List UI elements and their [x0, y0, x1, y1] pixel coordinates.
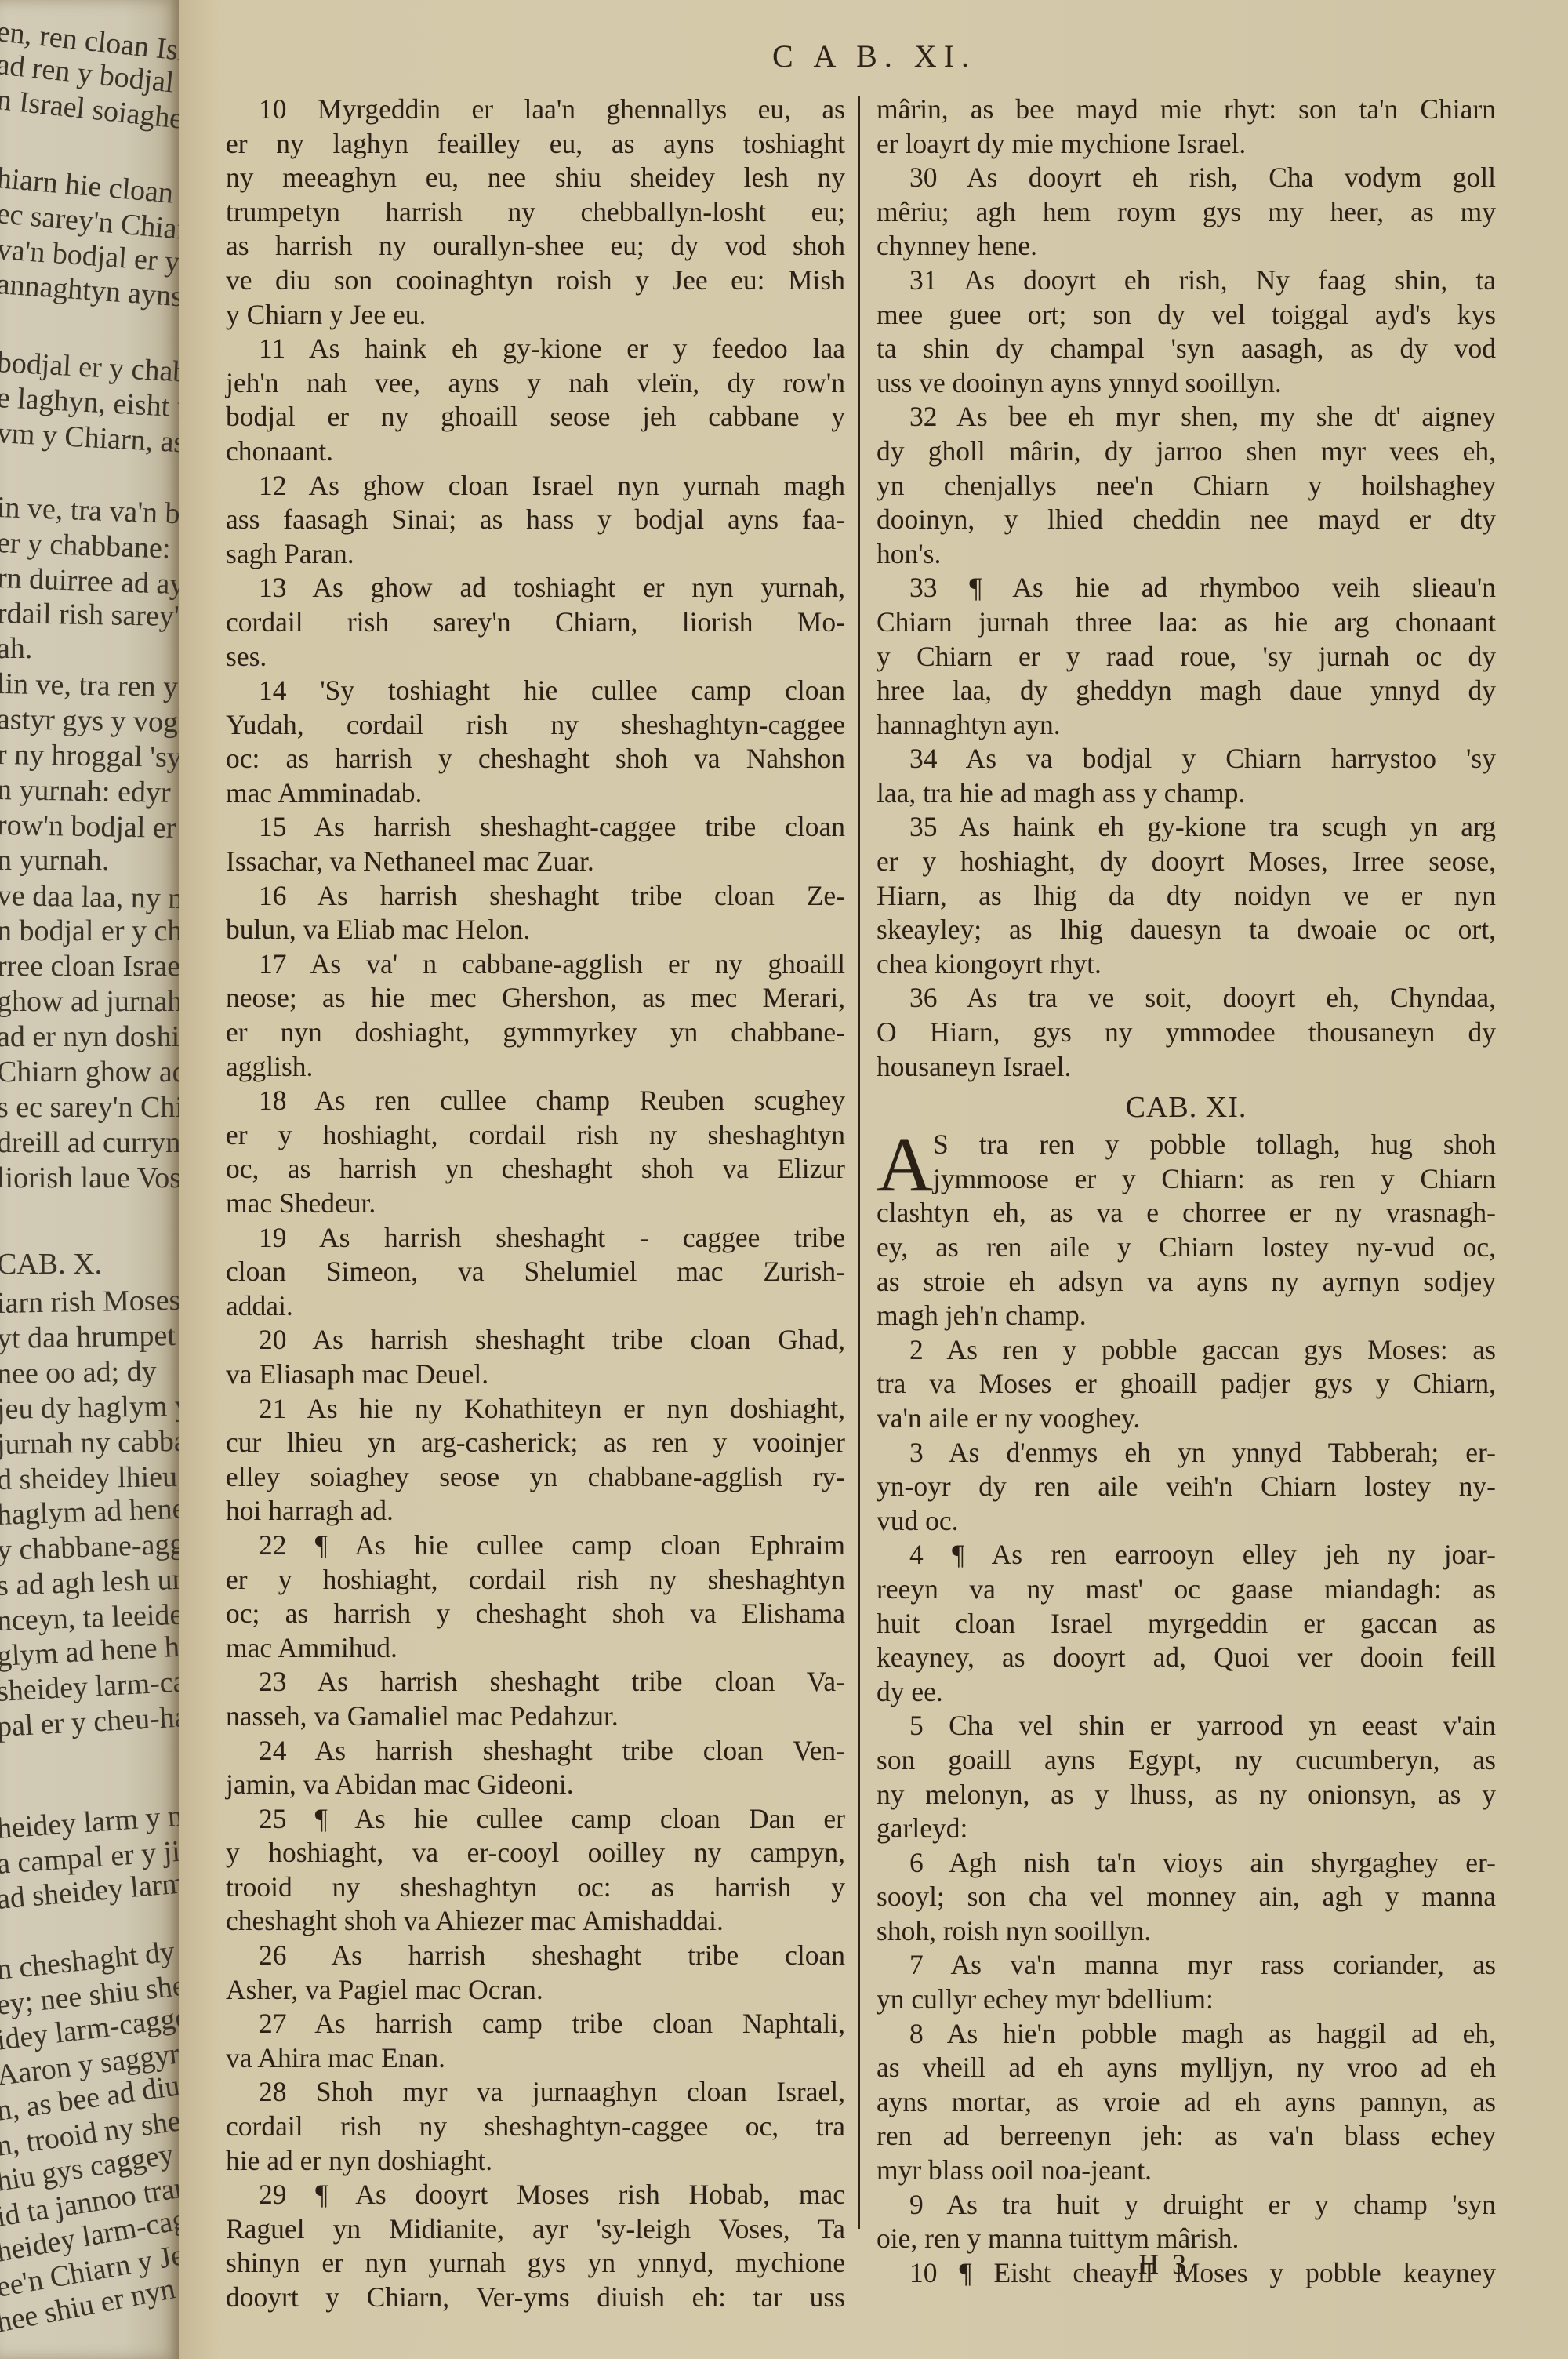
previous-page-text-fragment: lin ve, tra ren y	[0, 667, 178, 704]
text-line: ny meeaghyn eu, nee shiu sheidey lesh ny	[226, 161, 845, 195]
text-line: 31 As dooyrt eh rish, Ny faag shin, ta	[877, 264, 1496, 298]
text-line: Yudah, cordail rish ny sheshaghtyn-cagge…	[226, 708, 845, 743]
text-line: 10 Myrgeddin er laa'n ghennallys eu, as	[226, 93, 845, 127]
previous-page-text-fragment: er y chabbane:	[0, 525, 171, 566]
text-line: 25 ¶ As hie cullee camp cloan Dan er	[226, 1802, 845, 1837]
text-line: trooid ny sheshaghtyn oc: as harrish y	[226, 1870, 845, 1905]
text-line: chonaant.	[226, 434, 845, 469]
previous-page-text-fragment: row'n bodjal er ny	[0, 808, 179, 846]
text-line: mârin, as bee mayd mie rhyt: son ta'n Ch…	[877, 93, 1496, 127]
text-line: jamin, va Abidan mac Gideoni.	[226, 1768, 845, 1802]
text-line: va Ahira mac Enan.	[226, 2041, 845, 2076]
text-line: reeyn va ny mast' oc gaase miandagh: as	[877, 1572, 1496, 1607]
text-line: yn chenjallys nee'n Chiarn y hoilshaghey	[877, 469, 1496, 503]
text-line: 8 As hie'n pobble magh as haggil ad eh,	[877, 2017, 1496, 2052]
text-line: 13 As ghow ad toshiaght er nyn yurnah,	[226, 571, 845, 605]
text-line: 22 ¶ As hie cullee camp cloan Ephraim	[226, 1528, 845, 1563]
text-line: er y hoshiaght, dy dooyrt Moses, Irree s…	[877, 845, 1496, 879]
text-line: 16 As harrish sheshaght tribe cloan Ze-	[226, 879, 845, 914]
signature-mark: H 3	[1138, 2248, 1189, 2281]
previous-page-text-fragment: rdail rish sarey'n C	[0, 596, 179, 634]
previous-page-text-fragment: d sheidey lhieu, nee	[0, 1459, 179, 1497]
text-line: oc; as harrish y cheshaght shoh va Elish…	[226, 1597, 845, 1631]
text-line: chynney hene.	[877, 229, 1496, 264]
text-line: mac Amminadab.	[226, 776, 845, 811]
text-line: garleyd:	[877, 1812, 1496, 1846]
text-line: vud oc.	[877, 1504, 1496, 1539]
text-line: housaneyn Israel.	[877, 1050, 1496, 1085]
previous-page-text-fragment: ad er nyn doshiagh	[0, 1020, 179, 1054]
text-line: hannaghtyn ayn.	[877, 708, 1496, 743]
text-line: cloan Simeon, va Shelumiel mac Zurish-	[226, 1255, 845, 1289]
text-line: er y hoshiaght, cordail rish ny sheshagh…	[226, 1563, 845, 1598]
text-line: 33 ¶ As hie ad rhymboo veih slieau'n	[877, 571, 1496, 605]
text-line: mee guee ort; son dy vel toiggal ayd's k…	[877, 298, 1496, 333]
previous-page-text-fragment: dreill ad currym y C	[0, 1125, 179, 1160]
text-line: Asher, va Pagiel mac Ocran.	[226, 1973, 845, 2008]
text-line: 5 Cha vel shin er yarrood yn eeast v'ain	[877, 1709, 1496, 1743]
text-line: 19 As harrish sheshaght - caggee tribe	[226, 1221, 845, 1256]
text-line: neose; as hie mec Ghershon, as mec Merar…	[226, 981, 845, 1016]
chapter-opening: AS tra ren y pobble tollagh, hug shohjym…	[877, 1128, 1496, 1196]
text-line: y Chiarn y Jee eu.	[226, 298, 845, 333]
text-line: as vheill ad eh ayns mylljyn, ny vroo ad…	[877, 2051, 1496, 2085]
text-line: 6 Agh nish ta'n vioys ain shyrgaghey er-	[877, 1846, 1496, 1881]
text-line: as harrish ny ourallyn-shee eu; dy vod s…	[226, 229, 845, 264]
running-head: C A B. XI.	[772, 38, 976, 75]
text-line: clashtyn eh, as va e chorree er ny vrasn…	[877, 1196, 1496, 1230]
previous-page-text-fragment: rree cloan Israel ay	[0, 949, 179, 983]
text-line: addai.	[226, 1289, 845, 1324]
text-line: er ny laghyn feailley eu, as ayns toshia…	[226, 127, 845, 162]
text-line: 30 As dooyrt eh rish, Cha vodym goll	[877, 161, 1496, 195]
text-line: shoh, roish nyn sooillyn.	[877, 1914, 1496, 1949]
text-line: hie ad er nyn doshiaght.	[226, 2144, 845, 2179]
text-line: cordail rish sarey'n Chiarn, liorish Mo-	[226, 605, 845, 640]
text-line: O Hiarn, gys ny ymmodee thousaneyn dy	[877, 1016, 1496, 1050]
text-line: ve diu son cooinaghtyn roish y Jee eu: M…	[226, 264, 845, 298]
previous-page-text-fragment: CAB. X.	[0, 1247, 102, 1281]
left-column: 10 Myrgeddin er laa'n ghennallys eu, ase…	[226, 93, 845, 2315]
text-line: 18 As ren cullee champ Reuben scughey	[226, 1084, 845, 1118]
text-line: 32 As bee eh myr shen, my she dt' aigney	[877, 400, 1496, 434]
text-line: y hoshiaght, va er-cooyl ooilley ny camp…	[226, 1836, 845, 1870]
previous-page-text-fragment: jurnah ny cabbaneyn	[0, 1423, 179, 1462]
column-divider	[858, 96, 860, 2229]
text-line: ny melonyn, as y lhuss, as ny onionsyn, …	[877, 1778, 1496, 1812]
right-column: mârin, as bee mayd mie rhyt: son ta'n Ch…	[877, 93, 1496, 2290]
text-line: trumpetyn harrish ny chebballyn-losht eu…	[226, 195, 845, 230]
previous-page-text-fragment: astyr gys y voghe	[0, 702, 179, 740]
text-line: Raguel yn Midianite, ayr 'sy-leigh Voses…	[226, 2212, 845, 2247]
text-line: 4 ¶ As ren earrooyn elley jeh ny joar-	[877, 1538, 1496, 1572]
previous-page-text-fragment: Chiarn ghow ad fa	[0, 1055, 179, 1089]
text-line: Hiarn, as lhig da dty noidyn ve er nyn	[877, 879, 1496, 914]
text-line: as stroie eh adsyn va ayns ny ayrnyn sod…	[877, 1265, 1496, 1299]
previous-page-text-fragment: r ny hroggal 'sy v	[0, 737, 179, 776]
text-line: 15 As harrish sheshaght-caggee tribe clo…	[226, 810, 845, 845]
previous-page-text-fragment: iarn rish Moses, gra	[0, 1282, 179, 1321]
text-line: y Chiarn er y raad roue, 'sy jurnah oc d…	[877, 640, 1496, 674]
text-line: sagh Paran.	[226, 537, 845, 572]
text-line: ey, as ren aile y Chiarn lostey ny-vud o…	[877, 1230, 1496, 1265]
text-line: tra va Moses er ghoaill padjer gys y Chi…	[877, 1367, 1496, 1401]
previous-page-text-fragment: ve daa laa, ny me	[0, 878, 179, 917]
text-line: ren ad berreenyn jeh: as va'n blass eche…	[877, 2119, 1496, 2154]
text-line: yn-oyr dy ren aile veih'n Chiarn lostey …	[877, 1470, 1496, 1504]
text-line: 23 As harrish sheshaght tribe cloan Va-	[226, 1665, 845, 1699]
text-line: jeh'n nah vee, ayns y nah vleïn, dy row'…	[226, 366, 845, 401]
previous-page-text-fragment: liorish laue Voses.	[0, 1161, 179, 1195]
text-line: chea kiongoyrt rhyt.	[877, 947, 1496, 982]
text-line: 24 As harrish sheshaght tribe cloan Ven-	[226, 1734, 845, 1768]
text-line: magh jeh'n champ.	[877, 1299, 1496, 1333]
text-line: dooinyn, y lhied cheddin nee mayd er dty	[877, 503, 1496, 537]
text-line: yn cullyr echey myr bdellium:	[877, 1983, 1496, 2017]
text-line: hree laa, dy gheddyn magh daue ynnyd dy	[877, 674, 1496, 708]
text-line: 20 As harrish sheshaght tribe cloan Ghad…	[226, 1323, 845, 1358]
previous-page-edge: en, ren cloan Israelad ren y bodjal shn …	[0, 0, 179, 2359]
text-line: agglish.	[226, 1050, 845, 1085]
text-line: ayns mortar, as vroie ad eh ayns pannyn,…	[877, 2085, 1496, 2120]
previous-page-text-fragment: jeu dy haglym y p	[0, 1388, 179, 1427]
text-line: Issachar, va Nethaneel mac Zuar.	[226, 845, 845, 879]
chapter-heading: CAB. XI.	[877, 1084, 1496, 1128]
text-line: dooyrt y Chiarn, Ver-yms diuish eh: tar …	[226, 2281, 845, 2315]
text-line: oc: as harrish y cheshaght shoh va Nahsh…	[226, 742, 845, 776]
previous-page-text-fragment: s ec sarey'n Chiarn	[0, 1090, 179, 1125]
text-line: 7 As va'n manna myr rass coriander, as	[877, 1948, 1496, 1983]
text-line: cordail rish ny sheshaghtyn-caggee oc, t…	[226, 2110, 845, 2144]
text-line: oc, as harrish yn cheshaght shoh va Eliz…	[226, 1152, 845, 1187]
previous-page-text-fragment: s ad agh lesh un tro	[0, 1561, 179, 1603]
previous-page-text-fragment: n yurnah: edyr eh	[0, 772, 179, 811]
text-line: 11 As haink eh gy-kione er y feedoo laa	[226, 332, 845, 366]
text-line: er y hoshiaght, cordail rish ny sheshagh…	[226, 1118, 845, 1153]
text-line: mêriu; agh hem roym gys my heer, as my	[877, 195, 1496, 230]
text-line: elley soiaghey seose yn chabbane-agglish…	[226, 1460, 845, 1495]
text-line: dy ee.	[877, 1675, 1496, 1710]
text-line: myr blass ooil noa-jeant.	[877, 2154, 1496, 2188]
text-line: hon's.	[877, 537, 1496, 572]
previous-page-text-fragment: nee oo ad; dy	[0, 1354, 157, 1391]
text-line: 14 'Sy toshiaght hie cullee camp cloan	[226, 674, 845, 708]
text-line: S tra ren y pobble tollagh, hug shoh	[877, 1128, 1496, 1162]
text-line: Chiarn jurnah three laa: as hie arg chon…	[877, 605, 1496, 640]
text-line: er loayrt dy mie mychione Israel.	[877, 127, 1496, 162]
text-line: dy gholl mârin, dy jarroo shen myr vees …	[877, 434, 1496, 469]
text-line: keayney, as dooyrt ad, Quoi ver dooin fe…	[877, 1641, 1496, 1675]
text-line: 35 As haink eh gy-kione tra scugh yn arg	[877, 810, 1496, 845]
text-line: bodjal er ny ghoaill seose jeh cabbane y	[226, 400, 845, 434]
text-line: ass faasagh Sinai; as hass y bodjal ayns…	[226, 503, 845, 537]
text-line: shinyn er nyn yurnah gys yn ynnyd, mychi…	[226, 2246, 845, 2281]
text-line: bulun, va Eliab mac Helon.	[226, 913, 845, 947]
text-line: 17 As va' n cabbane-agglish er ny ghoail…	[226, 947, 845, 982]
text-line: mac Shedeur.	[226, 1187, 845, 1221]
previous-page-text-fragment: ghow ad jurnah:	[0, 984, 179, 1019]
text-line: 28 Shoh myr va jurnaaghyn cloan Israel,	[226, 2075, 845, 2110]
text-line: cheshaght shoh va Ahiezer mac Amishaddai…	[226, 1904, 845, 1939]
previous-page-text-fragment: n bodjal er y chab	[0, 914, 179, 948]
text-line: sooyl; son cha vel monney ain, agh y man…	[877, 1880, 1496, 1914]
text-line: uss ve dooinyn ayns ynnyd sooillyn.	[877, 366, 1496, 401]
text-line: jymmoose er y Chiarn: as ren y Chiarn	[877, 1162, 1496, 1197]
previous-page-text-fragment: n yurnah.	[0, 843, 110, 878]
text-line: 29 ¶ As dooyrt Moses rish Hobab, mac	[226, 2178, 845, 2212]
text-line: 9 As tra huit y druight er y champ 'syn	[877, 2188, 1496, 2223]
text-line: 26 As harrish sheshaght tribe cloan	[226, 1939, 845, 1973]
text-line: laa, tra hie ad magh ass y champ.	[877, 776, 1496, 811]
previous-page-text-fragment: ah.	[0, 631, 32, 666]
text-line: 27 As harrish camp tribe cloan Naphtali,	[226, 2007, 845, 2041]
text-line: va Eliasaph mac Deuel.	[226, 1358, 845, 1392]
drop-cap: A	[877, 1131, 933, 1198]
text-line: ses.	[226, 640, 845, 674]
text-line: son goaill ayns Egypt, ny cucumberyn, as	[877, 1743, 1496, 1778]
text-line: 21 As hie ny Kohathiteyn er nyn doshiagh…	[226, 1392, 845, 1427]
text-line: 34 As va bodjal y Chiarn harrystoo 'sy	[877, 742, 1496, 776]
text-line: 2 As ren y pobble gaccan gys Moses: as	[877, 1333, 1496, 1368]
text-line: er nyn doshiaght, gymmyrkey yn chabbane-	[226, 1016, 845, 1050]
text-line: huit cloan Israel myrgeddin er gaccan as	[877, 1607, 1496, 1641]
previous-page-text-fragment: yt daa hrumpet argid	[0, 1318, 179, 1356]
text-line: 3 As d'enmys eh yn ynnyd Tabberah; er-	[877, 1436, 1496, 1470]
text-line: cur lhieu yn arg-casherick; as ren y voo…	[226, 1426, 845, 1460]
text-line: va'n aile er ny vooghey.	[877, 1401, 1496, 1436]
text-line: skeayley; as lhig dauesyn ta dwoaie oc o…	[877, 913, 1496, 947]
text-line: ta shin dy champal 'syn aasagh, as dy vo…	[877, 332, 1496, 366]
text-line: mac Ammihud.	[226, 1631, 845, 1666]
text-line: 12 As ghow cloan Israel nyn yurnah magh	[226, 469, 845, 503]
text-line: nasseh, va Gamaliel mac Pedahzur.	[226, 1699, 845, 1734]
text-line: 36 As tra ve soit, dooyrt eh, Chyndaa,	[877, 981, 1496, 1016]
text-line: hoi harragh ad.	[226, 1494, 845, 1528]
